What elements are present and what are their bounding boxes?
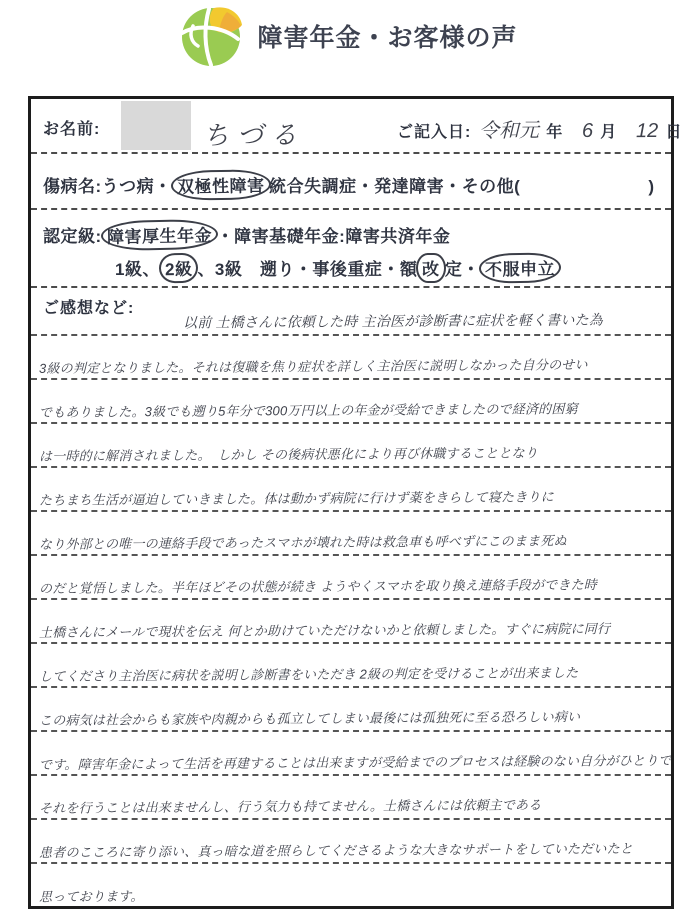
- comment-text: 3級の判定となりました。それは復職を焦り症状を詳しく主治医に説明しなかった自分の…: [39, 354, 588, 377]
- company-logo-icon: [179, 4, 243, 68]
- comment-line: 3級の判定となりました。それは復職を焦り症状を詳しく主治医に説明しなかった自分の…: [31, 336, 671, 380]
- month-handwritten-value: 6: [582, 120, 593, 143]
- comment-text: 以前 土橋さんに依頼した時 主治医が診断書に症状を軽く書いた為: [183, 310, 603, 333]
- comment-line: は一時的に解消されました。 しかし その後病状悪化により再び休職することとなり: [31, 424, 671, 468]
- comment-line: でもありました。3級でも遡り5年分で300万円以上の年金が受給できましたので経済…: [31, 380, 671, 424]
- grade-row: 認定級:障害厚生年金・障害基礎年金:障害共済年金 1級、2級、3級 遡り・事後重…: [31, 210, 671, 288]
- grade-circled-level: 2級: [159, 253, 199, 284]
- page-header: 障害年金・お客様の声: [0, 4, 697, 68]
- date-label: ご記入日:: [397, 124, 471, 141]
- comment-text: でもありました。3級でも遡り5年分で300万円以上の年金が受給できましたので経済…: [39, 398, 578, 421]
- comment-line: のだと覚悟しました。半年ほどその状態が続き ようやくスマホを取り換え連絡手段がで…: [31, 556, 671, 600]
- name-label: お名前:: [43, 116, 100, 139]
- disease-options-before: うつ病・: [102, 177, 172, 196]
- comment-text: たちまち生活が逼迫していきました。体は動かず病院に行けず薬をきらして寝たきりに: [39, 486, 554, 509]
- page-title: 障害年金・お客様の声: [257, 18, 517, 54]
- grade-pension-type-line: 認定級:障害厚生年金・障害基礎年金:障害共済年金: [31, 222, 671, 247]
- grade-label: 認定級:: [43, 227, 102, 246]
- comments-label: ご感想など:: [43, 295, 134, 318]
- month-unit: 月: [600, 124, 616, 141]
- disease-options-after: 統合失調症・発達障害・その他(: [269, 177, 520, 196]
- comment-text: 土橋さんにメールで現状を伝え 何とか助けていただけないかと依頼しました。すぐに病…: [39, 618, 610, 641]
- comment-line: 土橋さんにメールで現状を伝え 何とか助けていただけないかと依頼しました。すぐに病…: [31, 600, 671, 644]
- disease-circled-selection: 双極性障害: [170, 169, 270, 201]
- grade-pension-type-rest: ・障害基礎年金:障害共済年金: [217, 227, 451, 246]
- comments-section: ご感想など: 以前 土橋さんに依頼した時 主治医が診断書に症状を軽く書いた為 3…: [31, 288, 671, 908]
- comment-text: この病気は社会からも家族や肉親からも孤立してしまい最後には孤独死に至る恐ろしい病…: [39, 706, 580, 729]
- comment-text: 思っております。: [39, 886, 144, 906]
- comment-text: なり外部との唯一の連絡手段であったスマホが壊れた時は救急車も呼べずにこのまま死ぬ: [39, 530, 567, 553]
- comment-line: してくださり主治医に病状を説明し診断書をいただき 2級の判定を受けることが出来ま…: [31, 644, 671, 688]
- day-unit: 日: [665, 124, 681, 141]
- grade-level-line: 1級、2級、3級 遡り・事後重症・額改定・不服申立: [31, 255, 671, 280]
- comment-text: です。障害年金によって生活を再建することは出来ますが受給までのプロセスは経験のな…: [39, 750, 671, 773]
- disease-row: 傷病名:うつ病・双極性障害統合失調症・発達障害・その他(): [31, 154, 671, 210]
- comment-line: たちまち生活が逼迫していきました。体は動かず病院に行けず薬をきらして寝たきりに: [31, 468, 671, 512]
- comment-text: してくださり主治医に病状を説明し診断書をいただき 2級の判定を受けることが出来ま…: [39, 662, 578, 685]
- grade-circled-pension-type: 障害厚生年金: [100, 219, 218, 251]
- feedback-form: お名前: ちづる ご記入日: 令和元 年 6 月 12 日 傷病名:うつ病・双極…: [28, 96, 674, 909]
- comment-text: のだと覚悟しました。半年ほどその状態が続き ようやくスマホを取り換え連絡手段がで…: [39, 574, 597, 597]
- comment-line: それを行うことは出来ませんし、行う気力も持てません。土橋さんには依頼主である: [31, 776, 671, 820]
- year-unit: 年: [546, 124, 562, 141]
- comment-text: は一時的に解消されました。 しかし その後病状悪化により再び休職することとなり: [39, 442, 538, 464]
- grade-level-mid: 、3級 遡り・事後重症・額: [197, 260, 417, 279]
- era-handwritten-value: 令和元: [479, 114, 539, 143]
- comment-text: 患者のこころに寄り添い、真っ暗な道を照らしてくださるような大きなサポートをしてい…: [39, 838, 633, 861]
- name-date-row: お名前: ちづる ご記入日: 令和元 年 6 月 12 日: [31, 99, 671, 154]
- comment-line: この病気は社会からも家族や肉親からも孤立してしまい最後には孤独死に至る恐ろしい病…: [31, 688, 671, 732]
- comment-line: なり外部との唯一の連絡手段であったスマホが壊れた時は救急車も呼べずにこのまま死ぬ: [31, 512, 671, 556]
- disease-label: 傷病名:: [43, 177, 102, 196]
- comment-line: 思っております。: [31, 864, 671, 908]
- name-redaction-box: [121, 101, 191, 150]
- grade-level-mid2: 定・: [445, 260, 480, 279]
- comment-line: です。障害年金によって生活を再建することは出来ますが受給までのプロセスは経験のな…: [31, 732, 671, 776]
- disease-paren-close: ): [648, 177, 654, 196]
- grade-circled-revision: 改: [416, 253, 446, 284]
- comment-line: 患者のこころに寄り添い、真っ暗な道を照らしてくださるような大きなサポートをしてい…: [31, 820, 671, 864]
- name-handwritten-value: ちづる: [203, 115, 305, 153]
- comment-text: それを行うことは出来ませんし、行う気力も持てません。土橋さんには依頼主である: [39, 794, 542, 817]
- grade-level-pre: 1級、: [115, 260, 160, 279]
- grade-circled-appeal: 不服申立: [479, 252, 562, 283]
- date-group: ご記入日: 令和元 年 6 月 12 日: [397, 114, 681, 143]
- day-handwritten-value: 12: [636, 120, 658, 143]
